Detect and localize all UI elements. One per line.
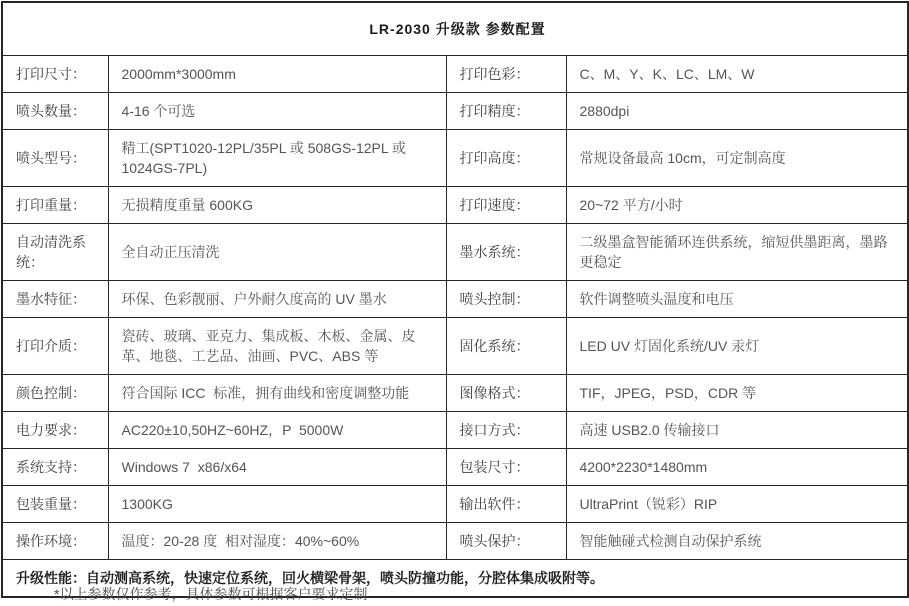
spec-value: AC220±10,50HZ~60HZ，P 5000W: [108, 412, 446, 449]
spec-value: LED UV 灯固化系统/UV 汞灯: [566, 318, 908, 375]
title-row: LR-2030 升级款 参数配置: [2, 2, 908, 56]
spec-label: 输出软件：: [446, 486, 566, 523]
spec-value: 温度：20-28 度 相对湿度：40%~60%: [108, 523, 446, 560]
spec-label: 颜色控制：: [2, 375, 108, 412]
spec-label: 图像格式：: [446, 375, 566, 412]
spec-row: 打印重量： 无损精度重量 600KG 打印速度： 20~72 平方/小时: [2, 187, 908, 224]
spec-label: 喷头数量：: [2, 93, 108, 130]
spec-row: 颜色控制： 符合国际 ICC 标准，拥有曲线和密度调整功能 图像格式： TIF，…: [2, 375, 908, 412]
spec-value: 无损精度重量 600KG: [108, 187, 446, 224]
spec-value: 符合国际 ICC 标准，拥有曲线和密度调整功能: [108, 375, 446, 412]
spec-label: 打印重量：: [2, 187, 108, 224]
spec-label: 喷头型号：: [2, 130, 108, 187]
spec-value: 二级墨盒智能循环连供系统，缩短供墨距离，墨路更稳定: [566, 224, 908, 281]
spec-value: 智能触碰式检测自动保护系统: [566, 523, 908, 560]
spec-label: 打印介质：: [2, 318, 108, 375]
spec-label: 喷头保护：: [446, 523, 566, 560]
spec-label: 自动清洗系统：: [2, 224, 108, 281]
spec-value: 高速 USB2.0 传输接口: [566, 412, 908, 449]
spec-value: C、M、Y、K、LC、LM、W: [566, 56, 908, 93]
spec-value: 2880dpi: [566, 93, 908, 130]
spec-row: 操作环境： 温度：20-28 度 相对湿度：40%~60% 喷头保护： 智能触碰…: [2, 523, 908, 560]
page-title: LR-2030 升级款 参数配置: [2, 2, 908, 56]
spec-value: 1300KG: [108, 486, 446, 523]
spec-value: 常规设备最高 10cm，可定制高度: [566, 130, 908, 187]
spec-label: 打印速度：: [446, 187, 566, 224]
spec-value: TIF，JPEG，PSD，CDR 等: [566, 375, 908, 412]
spec-label: 包装重量：: [2, 486, 108, 523]
spec-value: 20~72 平方/小时: [566, 187, 908, 224]
spec-label: 系统支持：: [2, 449, 108, 486]
spec-table: LR-2030 升级款 参数配置 打印尺寸： 2000mm*3000mm 打印色…: [1, 1, 909, 598]
spec-label: 打印色彩：: [446, 56, 566, 93]
spec-row: 喷头型号： 精工(SPT1020-12PL/35PL 或 508GS-12PL …: [2, 130, 908, 187]
spec-value: 4-16 个可选: [108, 93, 446, 130]
spec-label: 固化系统：: [446, 318, 566, 375]
spec-row: 打印介质： 瓷砖、玻璃、亚克力、集成板、木板、金属、皮革、地毯、工艺品、油画、P…: [2, 318, 908, 375]
spec-label: 打印尺寸：: [2, 56, 108, 93]
spec-value: 精工(SPT1020-12PL/35PL 或 508GS-12PL 或 1024…: [108, 130, 446, 187]
spec-value: UltraPrint（锐彩）RIP: [566, 486, 908, 523]
spec-label: 操作环境：: [2, 523, 108, 560]
spec-label: 接口方式：: [446, 412, 566, 449]
spec-value: 4200*2230*1480mm: [566, 449, 908, 486]
footnote: *以上参数仅作参考，具体参数可根据客户要求定制: [54, 584, 367, 604]
spec-row: 电力要求： AC220±10,50HZ~60HZ，P 5000W 接口方式： 高…: [2, 412, 908, 449]
spec-value: 瓷砖、玻璃、亚克力、集成板、木板、金属、皮革、地毯、工艺品、油画、PVC、ABS…: [108, 318, 446, 375]
spec-row: 墨水特征： 环保、色彩靓丽、户外耐久度高的 UV 墨水 喷头控制： 软件调整喷头…: [2, 281, 908, 318]
spec-value: 2000mm*3000mm: [108, 56, 446, 93]
spec-label: 喷头控制：: [446, 281, 566, 318]
spec-label: 电力要求：: [2, 412, 108, 449]
spec-value: 环保、色彩靓丽、户外耐久度高的 UV 墨水: [108, 281, 446, 318]
spec-row: 喷头数量： 4-16 个可选 打印精度： 2880dpi: [2, 93, 908, 130]
spec-value: 全自动正压清洗: [108, 224, 446, 281]
spec-label: 墨水系统：: [446, 224, 566, 281]
spec-value: Windows 7 x86/x64: [108, 449, 446, 486]
spec-row: 包装重量： 1300KG 输出软件： UltraPrint（锐彩）RIP: [2, 486, 908, 523]
spec-row: 系统支持： Windows 7 x86/x64 包装尺寸： 4200*2230*…: [2, 449, 908, 486]
spec-label: 包装尺寸：: [446, 449, 566, 486]
spec-row: 打印尺寸： 2000mm*3000mm 打印色彩： C、M、Y、K、LC、LM、…: [2, 56, 908, 93]
spec-label: 墨水特征：: [2, 281, 108, 318]
spec-label: 打印高度：: [446, 130, 566, 187]
spec-label: 打印精度：: [446, 93, 566, 130]
spec-row: 自动清洗系统： 全自动正压清洗 墨水系统： 二级墨盒智能循环连供系统，缩短供墨距…: [2, 224, 908, 281]
spec-value: 软件调整喷头温度和电压: [566, 281, 908, 318]
spec-sheet: LR-2030 升级款 参数配置 打印尺寸： 2000mm*3000mm 打印色…: [1, 1, 907, 598]
